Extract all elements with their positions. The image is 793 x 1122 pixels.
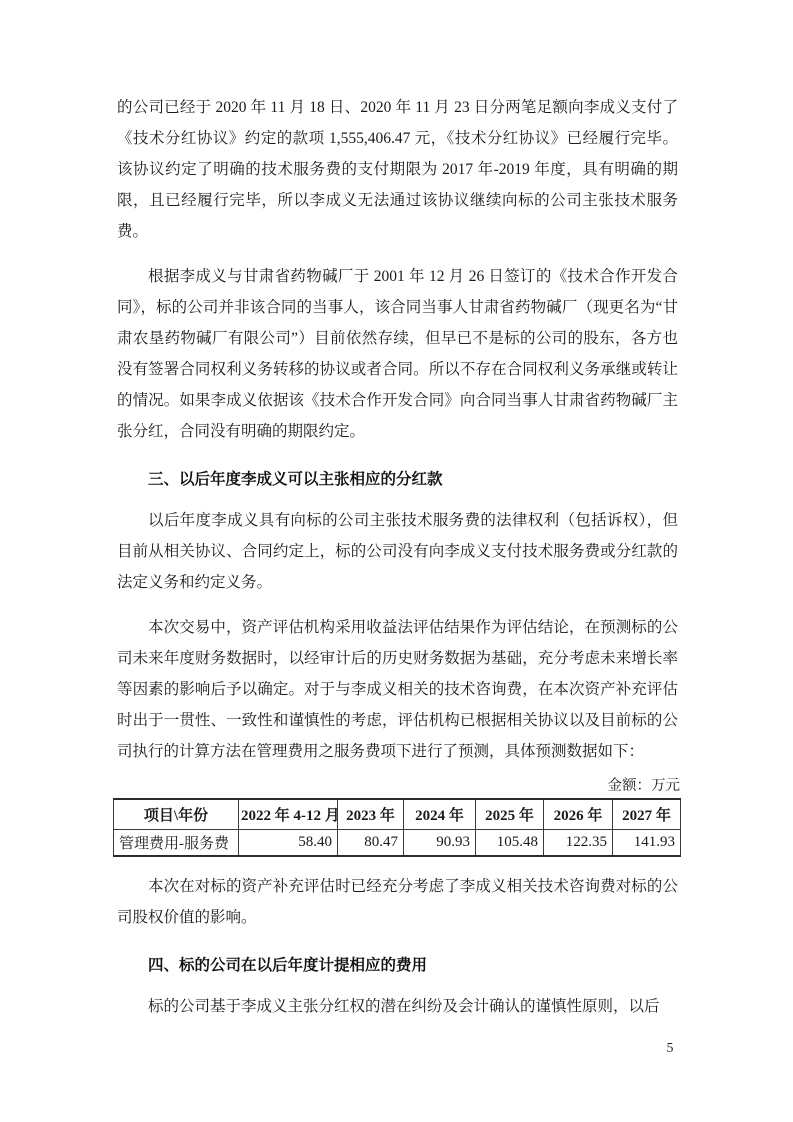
table-header-2026: 2026 年 (544, 799, 613, 830)
table-header-2025: 2025 年 (476, 799, 544, 830)
document-content: 的公司已经于 2020 年 11 月 18 日、2020 年 11 月 23 日… (0, 0, 793, 1022)
table-row: 管理费用-服务费 58.40 80.47 90.93 105.48 122.35… (114, 830, 681, 857)
table-header-2024: 2024 年 (404, 799, 476, 830)
table-cell-2023: 80.47 (338, 830, 404, 857)
table-header-item-year: 项目\年份 (114, 799, 239, 830)
paragraph-legal-right: 以后年度李成义具有向标的公司主张技术服务费的法律权利（包括诉权），但目前从相关协… (117, 505, 678, 598)
paragraph-contract-2001: 根据李成义与甘肃省药物碱厂于 2001 年 12 月 26 日签订的《技术合作开… (117, 261, 678, 447)
paragraph-payment-history: 的公司已经于 2020 年 11 月 18 日、2020 年 11 月 23 日… (117, 92, 678, 247)
table-unit-label: 金额：万元 (113, 777, 680, 795)
table-cell-2027: 141.93 (613, 830, 681, 857)
document-page: 的公司已经于 2020 年 11 月 18 日、2020 年 11 月 23 日… (0, 0, 793, 1122)
table-cell-row-label: 管理费用-服务费 (114, 830, 239, 857)
table-cell-2024: 90.93 (404, 830, 476, 857)
table-cell-2022: 58.40 (239, 830, 338, 857)
table-header-2022: 2022 年 4-12 月 (239, 799, 338, 830)
table-cell-2025: 105.48 (476, 830, 544, 857)
service-fee-forecast-table: 项目\年份 2022 年 4-12 月 2023 年 2024 年 2025 年… (113, 798, 681, 857)
table-header-2027: 2027 年 (613, 799, 681, 830)
paragraph-valuation-method: 本次交易中，资产评估机构采用收益法评估结果作为评估结论，在预测标的公司未来年度财… (117, 612, 678, 767)
page-number: 5 (660, 1040, 680, 1056)
table-header-2023: 2023 年 (338, 799, 404, 830)
section-3-heading: 三、以后年度李成义可以主张相应的分红款 (117, 469, 678, 491)
paragraph-accrual-principle: 标的公司基于李成义主张分红权的潜在纠纷及会计确认的谨慎性原则，以后 (117, 991, 678, 1022)
table-header-row: 项目\年份 2022 年 4-12 月 2023 年 2024 年 2025 年… (114, 799, 681, 830)
section-4-heading: 四、标的公司在以后年度计提相应的费用 (117, 955, 678, 977)
table-cell-2026: 122.35 (544, 830, 613, 857)
paragraph-equity-impact: 本次在对标的资产补充评估时已经充分考虑了李成义相关技术咨询费对标的公司股权价值的… (117, 871, 678, 933)
